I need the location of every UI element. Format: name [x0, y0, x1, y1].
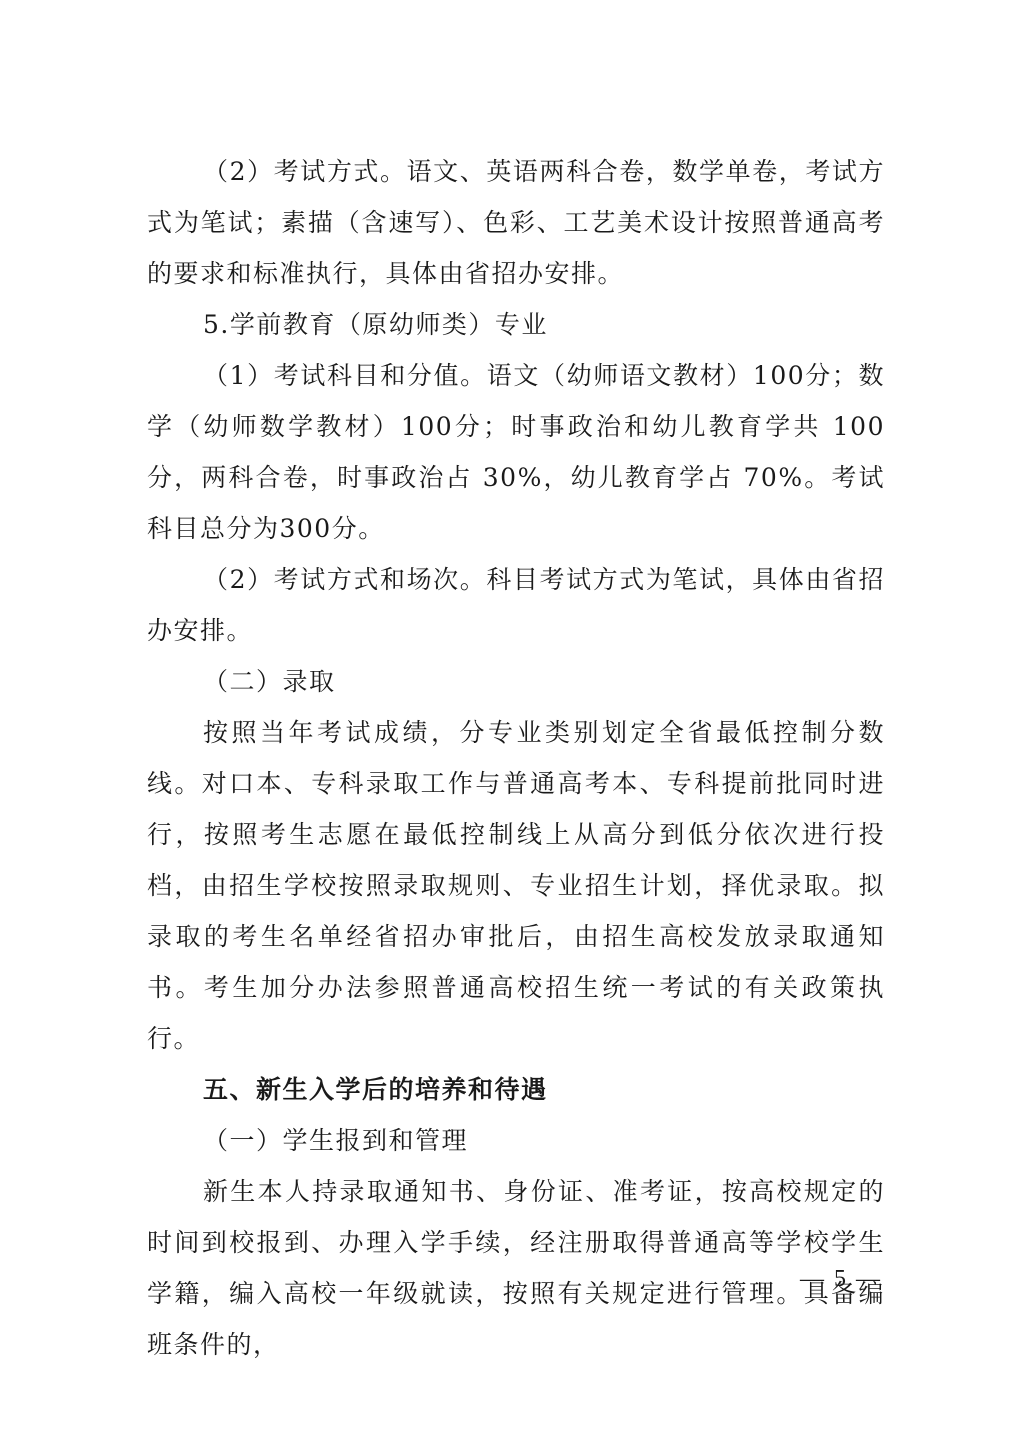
- subheading-registration-management: （一）学生报到和管理: [147, 1115, 885, 1166]
- subheading-admission: （二）录取: [147, 656, 885, 707]
- page-number: — 5 —: [800, 1266, 882, 1293]
- document-page: （2）考试方式。语文、英语两科合卷，数学单卷，考试方式为笔试；素描（含速写）、色…: [147, 146, 885, 1370]
- section-heading-enrollment-training: 五、新生入学后的培养和待遇: [147, 1064, 885, 1115]
- paragraph-registration-details: 新生本人持录取通知书、身份证、准考证，按高校规定的时间到校报到、办理入学手续，经…: [147, 1166, 885, 1370]
- paragraph-exam-method-art: （2）考试方式。语文、英语两科合卷，数学单卷，考试方式为笔试；素描（含速写）、色…: [147, 146, 885, 299]
- subheading-preschool-education: 5.学前教育（原幼师类）专业: [147, 299, 885, 350]
- paragraph-exam-subjects-scores: （1）考试科目和分值。语文（幼师语文教材）100分；数学（幼师数学教材）100分…: [147, 350, 885, 554]
- paragraph-admission-rules: 按照当年考试成绩，分专业类别划定全省最低控制分数线。对口本、专科录取工作与普通高…: [147, 707, 885, 1064]
- paragraph-exam-method-sessions: （2）考试方式和场次。科目考试方式为笔试，具体由省招办安排。: [147, 554, 885, 656]
